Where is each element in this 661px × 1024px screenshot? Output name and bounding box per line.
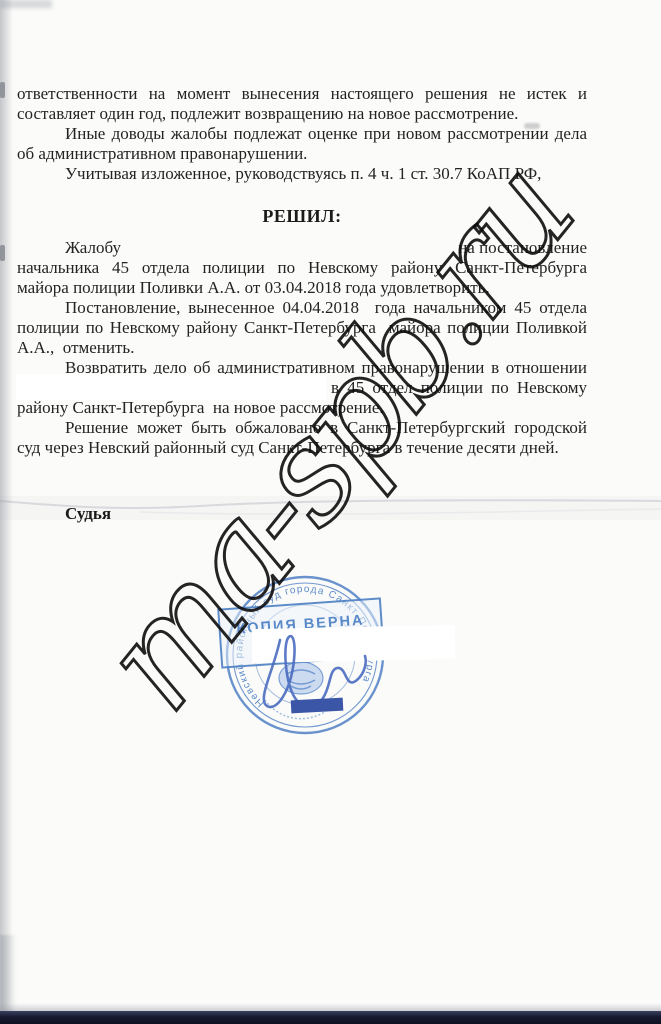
- redaction-bar: [291, 698, 344, 714]
- scanned-court-decision-page: ответственности на момент вынесения наст…: [0, 0, 661, 1024]
- scan-shadow: [0, 1003, 661, 1011]
- text-line: Иные доводы жалобы подлежат оценке при н…: [17, 124, 587, 144]
- text-line: ответственности на момент вынесения наст…: [17, 84, 587, 104]
- scan-edge-mark: [0, 245, 5, 261]
- scan-left-edge: [0, 0, 13, 1024]
- signature: [264, 636, 366, 707]
- scan-bottom-edge: [0, 1011, 661, 1024]
- petition-word: Жалобу: [65, 238, 121, 258]
- text-line: составляет один год, подлежит возвращени…: [17, 104, 587, 124]
- judge-label: Судья: [65, 504, 111, 524]
- scan-edge-mark: [0, 82, 5, 98]
